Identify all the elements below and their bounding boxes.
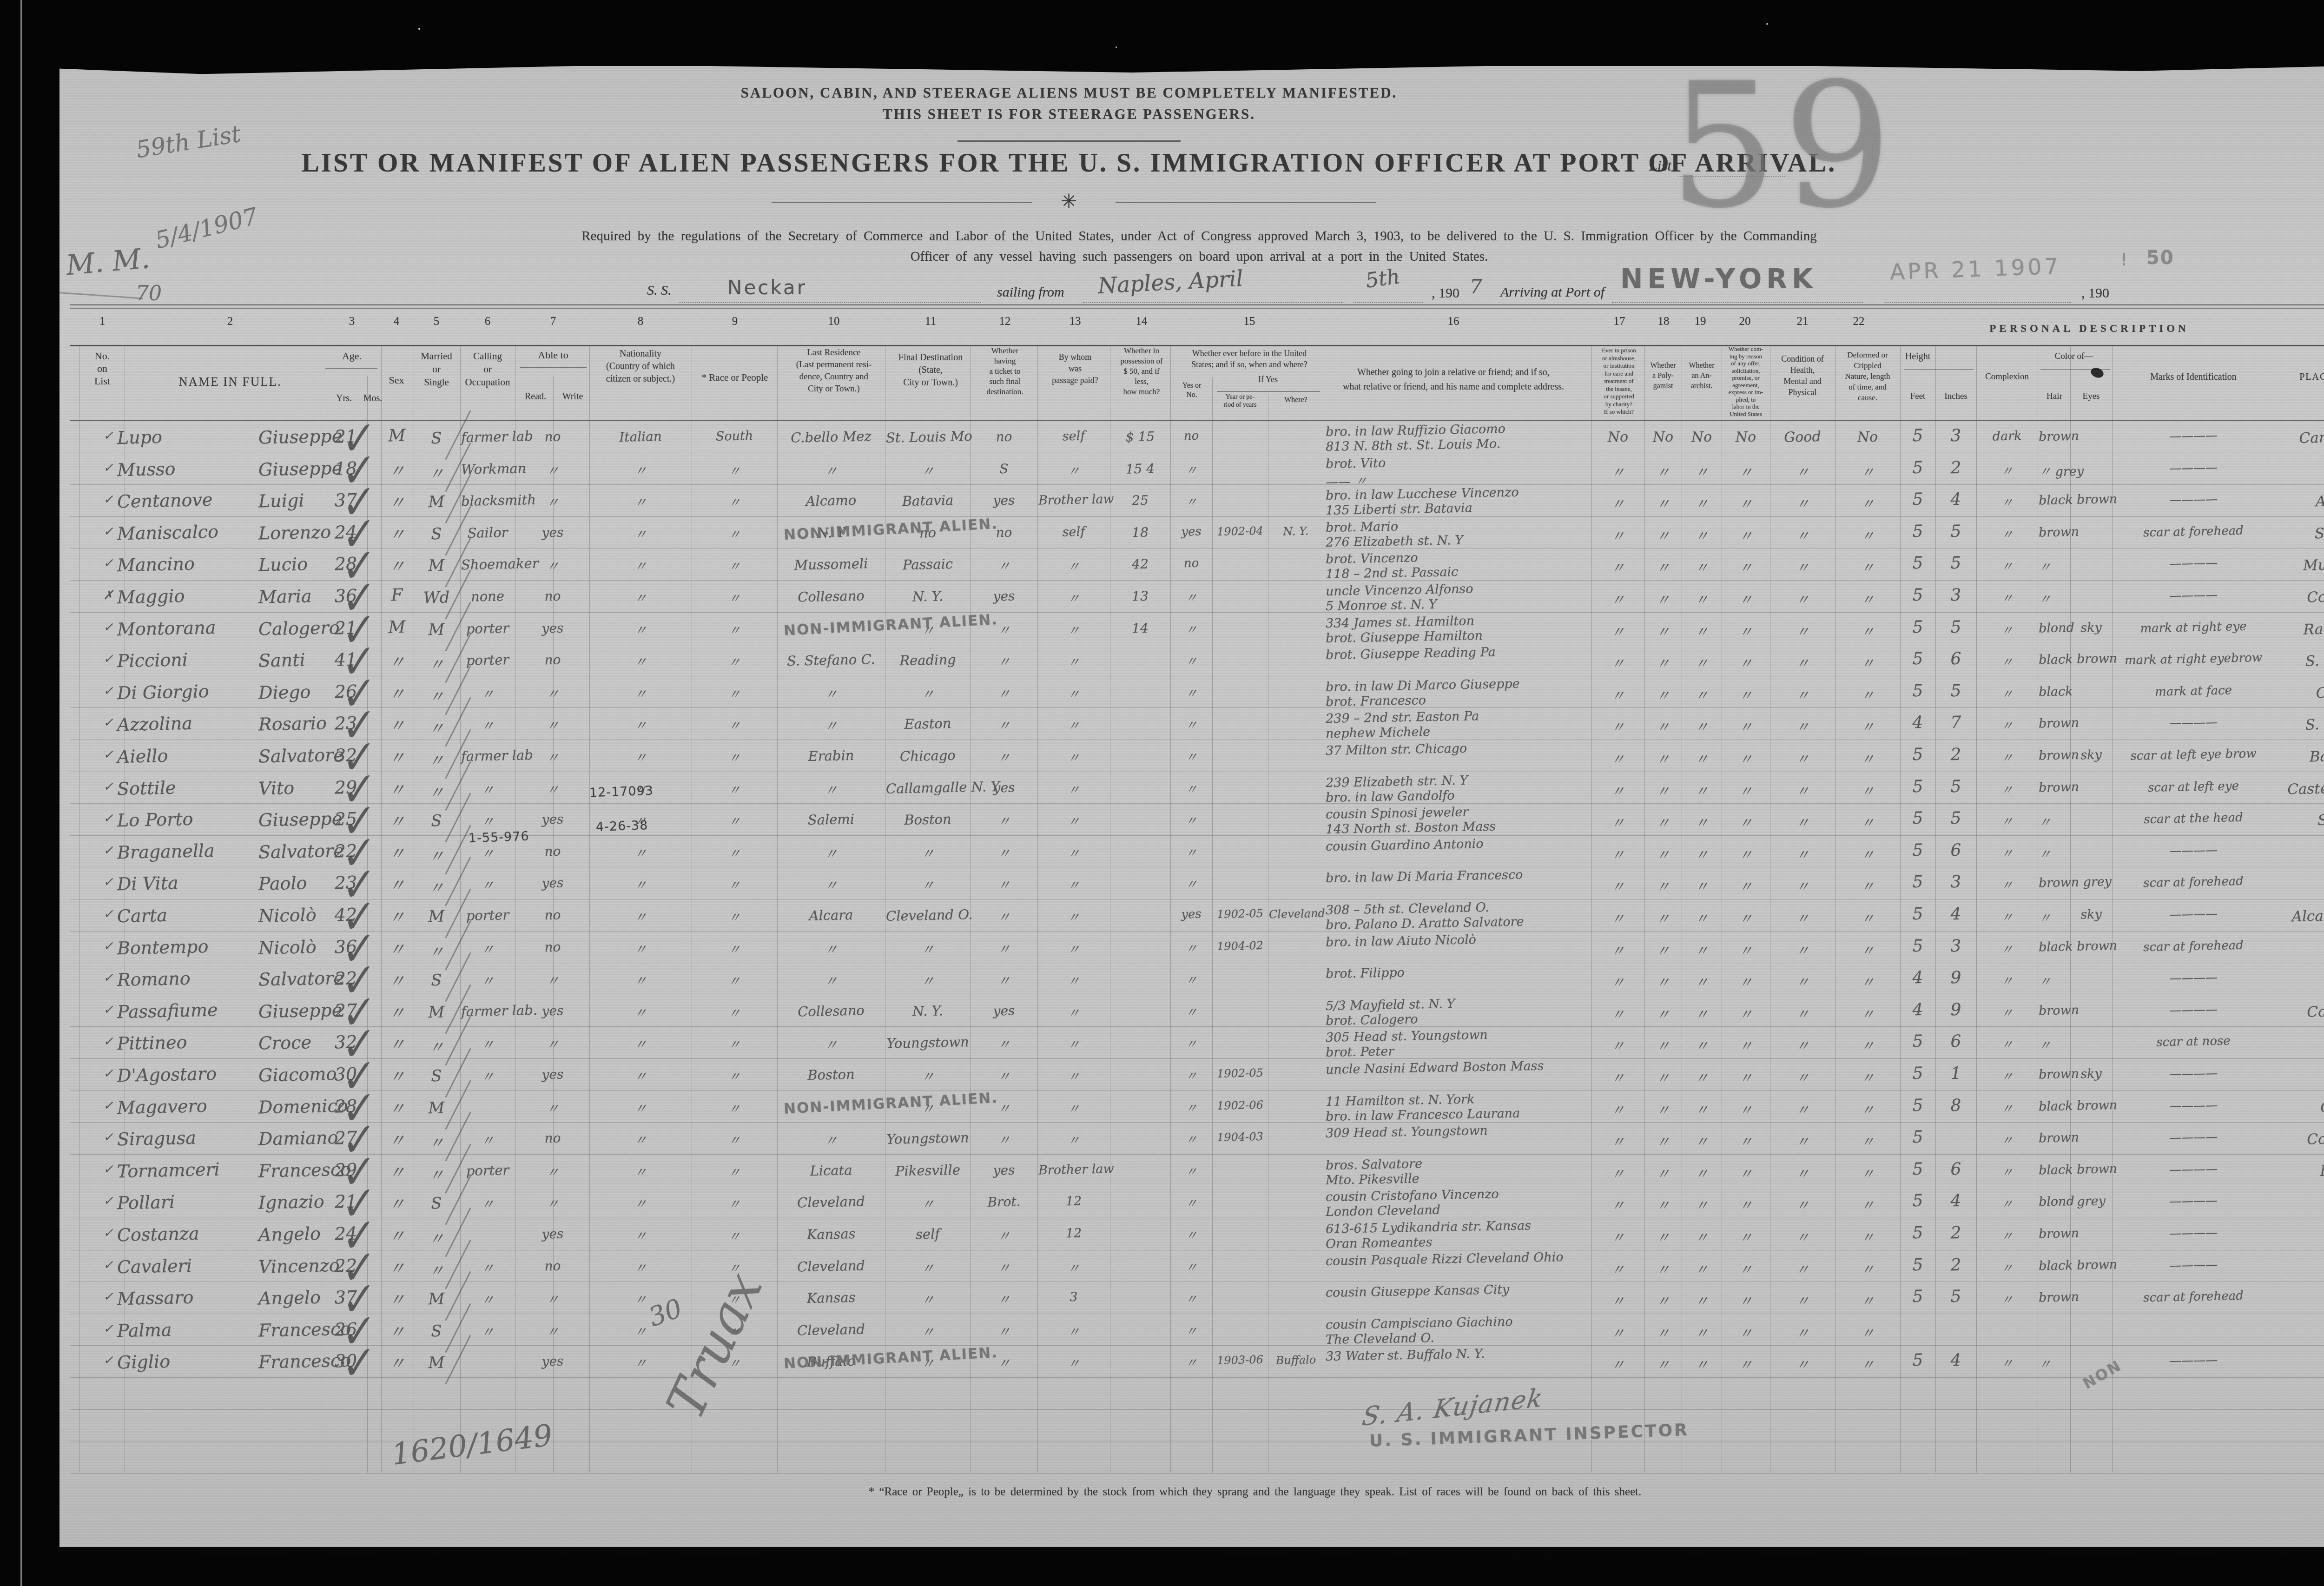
cell-hr: brown	[2039, 1130, 2109, 1146]
cell-mn: 25	[1111, 492, 1170, 509]
cell-q20: 〃	[1723, 556, 1769, 577]
cell-rs: Alcara	[778, 906, 885, 925]
cell-ds: N. Y.	[886, 588, 970, 605]
cell-chk: ✓	[100, 1194, 117, 1209]
row-line	[70, 963, 2324, 963]
cell-sur: Palma	[117, 1318, 257, 1341]
cell-ds: 〃	[886, 843, 970, 864]
title-ornament-icon: ✳	[1061, 190, 1077, 213]
cell-q17: 〃	[1592, 1289, 1644, 1311]
column-header-c12: Whether having a ticket to such final de…	[972, 346, 1038, 397]
cell-inch: 5	[1936, 617, 1976, 637]
cell-bp: Mussomeli	[2276, 555, 2324, 575]
column-header-c15b: If Yes	[1215, 375, 1321, 384]
cell-pd: 〃	[1038, 683, 1109, 703]
cell-rd: yes	[517, 1066, 589, 1083]
cell-ds: 〃	[886, 683, 970, 704]
cell-df: 〃	[1836, 1162, 1900, 1183]
column-number: 14	[1123, 315, 1160, 328]
cell-q18: 〃	[1645, 780, 1681, 801]
cell-cx: 〃	[1977, 1353, 2037, 1373]
cell-q19: 〃	[1683, 1322, 1721, 1343]
cell-sex: 〃	[381, 968, 413, 992]
cell-pd: 〃	[1038, 715, 1109, 735]
cell-b4: no	[1171, 556, 1212, 571]
cell-inch: 5	[1936, 1287, 1976, 1307]
cell-sur: Massaro	[117, 1286, 257, 1309]
sailing-year-handwritten: 7	[1470, 275, 1482, 298]
cell-q19: 〃	[1683, 1194, 1721, 1216]
cell-q20: 〃	[1723, 939, 1769, 960]
cell-chk: ✓	[100, 652, 117, 667]
cell-bp: 〃	[2276, 1321, 2324, 1344]
cell-rs: Collesano	[778, 588, 885, 606]
cell-rc: South	[693, 428, 777, 444]
cell-q20: 〃	[1723, 1003, 1769, 1024]
column-header-c18: Whether a Poly- gamist	[1644, 361, 1682, 391]
cell-ds: 〃	[886, 970, 970, 991]
cell-cx: 〃	[1977, 971, 2037, 990]
cell-q19: 〃	[1683, 1003, 1721, 1024]
cell-sex: M	[381, 617, 413, 637]
cell-q20: 〃	[1723, 1066, 1769, 1088]
cell-q19: 〃	[1683, 684, 1721, 705]
cell-hl: 〃	[1771, 715, 1835, 737]
cell-q17: 〃	[1592, 779, 1644, 800]
column-header-c8: Nationality (Country of which citizen or…	[591, 348, 690, 385]
cell-cx: 〃	[1977, 1194, 2037, 1213]
column-header-c7b: Write	[556, 391, 589, 402]
cell-cx: 〃	[1977, 1226, 2037, 1245]
year-printed: , 190	[1432, 285, 1459, 301]
cell-rd: no	[517, 1257, 589, 1274]
cell-chk: ✓	[100, 1258, 117, 1272]
column-number: 2	[211, 315, 249, 328]
column-number: 9	[716, 315, 753, 328]
cell-cx: 〃	[1977, 492, 2037, 512]
cell-rd: no	[517, 906, 589, 923]
cell-rd: yes	[517, 1353, 589, 1370]
cell-inch: 4	[1936, 1191, 1976, 1211]
column-header-c15c: Year or pe- riod of years	[1214, 393, 1266, 409]
column-header-feet: Feet	[1901, 391, 1934, 401]
cell-inch: 3	[1936, 426, 1976, 446]
column-number: 13	[1056, 315, 1094, 328]
cell-rc: 〃	[693, 1225, 777, 1245]
cell-tk: yes	[971, 1002, 1037, 1019]
cell-ft: 5	[1901, 426, 1935, 445]
cell-sur: Passafiume	[117, 999, 257, 1022]
cell-q19: 〃	[1683, 1162, 1721, 1183]
cell-ds: St. Louis Mo	[886, 428, 970, 446]
cell-q20: 〃	[1723, 907, 1769, 928]
cell-ft: 5	[1901, 649, 1935, 668]
cell-bp: 〃	[2276, 842, 2324, 866]
cell-rs: Erabin	[778, 747, 885, 765]
cell-pd: 〃	[1038, 1066, 1109, 1085]
cell-cx: 〃	[1977, 1066, 2037, 1086]
cell-chk: ✗	[100, 588, 117, 603]
cell-tk: 〃	[971, 1257, 1037, 1277]
cell-hr: brown	[2039, 1002, 2109, 1018]
cell-inch: 1	[1936, 1064, 1976, 1084]
dust-speck	[1766, 23, 1768, 25]
cell-b4: 〃	[1171, 1353, 1212, 1371]
cell-q20: 〃	[1723, 461, 1769, 482]
row-line	[70, 676, 2324, 676]
cell-hr: 〃	[2039, 811, 2109, 831]
cell-q17: 〃	[1592, 1098, 1644, 1119]
cell-sur: Magavero	[117, 1094, 257, 1117]
cell-ms: 〃	[413, 1258, 459, 1282]
cell-q17: 〃	[1592, 652, 1644, 673]
cell-cx: 〃	[1977, 1034, 2037, 1054]
column-number: 19	[1682, 315, 1719, 328]
header-subline	[1904, 369, 1974, 370]
cell-sur: Di Giorgio	[117, 680, 257, 703]
cell-ft: 5	[1901, 1287, 1935, 1306]
column-header-c16: Whether going to join a relative or frie…	[1321, 365, 1585, 394]
cell-b4y: 1902-05	[1213, 1066, 1268, 1080]
cell-chk: ✓	[100, 812, 117, 826]
cell-q18: 〃	[1645, 461, 1681, 482]
cell-cx: 〃	[1977, 747, 2037, 767]
cell-q18: 〃	[1645, 684, 1681, 705]
cell-bp: S. Stefano	[2276, 714, 2324, 734]
cell-ft: 5	[1901, 1255, 1935, 1275]
cell-q20: 〃	[1723, 1226, 1769, 1247]
column-number: 20	[1726, 315, 1763, 328]
cell-ds: 〃	[886, 875, 970, 896]
cell-hr: black brown	[2039, 492, 2109, 508]
cell-rd: 〃	[517, 779, 589, 799]
cell-q17: 〃	[1592, 875, 1644, 896]
column-header-c6: Calling or Occupation	[460, 350, 515, 389]
cell-q19: 〃	[1683, 1130, 1721, 1151]
cell-ft: 5	[1901, 745, 1935, 764]
cell-inch: 5	[1936, 777, 1976, 797]
cell-q18: 〃	[1645, 939, 1681, 960]
cell-hl: 〃	[1771, 971, 1835, 992]
cell-tk: 〃	[971, 683, 1037, 703]
cell-nt: 〃	[590, 683, 691, 704]
cell-bp: Alcara Li Fusi	[2276, 906, 2324, 925]
cell-hl: 〃	[1771, 1226, 1835, 1248]
column-header-c3b: Mos.	[358, 393, 388, 403]
cell-nt: 〃	[590, 843, 691, 864]
cell-sex: 〃	[381, 1127, 413, 1151]
cell-ds: 〃	[886, 1321, 970, 1342]
cell-b4: 〃	[1171, 1130, 1212, 1148]
cell-sur: Braganella	[117, 839, 257, 863]
cell-ft: 5	[1901, 554, 1935, 573]
cell-rs: Cleveland	[778, 1321, 885, 1339]
cell-q17: 〃	[1592, 1003, 1644, 1024]
arrival-date-line	[1885, 301, 2071, 303]
cell-q19: 〃	[1683, 588, 1721, 609]
cell-inch: 2	[1936, 745, 1976, 765]
cell-rc: 〃	[693, 1194, 777, 1214]
column-header-c9: * Race or People	[692, 372, 778, 383]
cell-chk: ✓	[100, 461, 117, 475]
cell-sur: Pittineo	[117, 1031, 257, 1054]
cell-q18: 〃	[1645, 1003, 1681, 1024]
cell-ey: sky	[2071, 747, 2112, 763]
cell-cx: 〃	[1977, 1162, 2037, 1181]
cell-rd: 〃	[517, 747, 589, 767]
cell-bp: Salemi	[2276, 810, 2324, 830]
cell-b4y: 1904-03	[1213, 1130, 1268, 1144]
cell-cx: 〃	[1977, 779, 2037, 799]
column-header-c15a: Yes or No.	[1172, 381, 1212, 400]
cell-sur: Siragusa	[117, 1126, 257, 1150]
cell-b4w: Buffalo	[1269, 1353, 1323, 1367]
cell-rc: 〃	[693, 715, 777, 735]
cell-rs: 〃	[778, 842, 885, 864]
cell-q20: 〃	[1723, 620, 1769, 641]
cell-chk: ✓	[100, 524, 117, 539]
cell-q17: 〃	[1592, 1322, 1644, 1343]
cell-q19: 〃	[1683, 492, 1721, 514]
cell-hl: 〃	[1771, 556, 1835, 578]
cell-ds: Chicago	[886, 747, 970, 765]
cell-ft: 5	[1901, 1191, 1935, 1211]
cell-b4: 〃	[1171, 1098, 1212, 1117]
cell-pd: 〃	[1038, 652, 1109, 671]
cell-b4: 〃	[1171, 747, 1212, 766]
cell-hr: 〃 grey	[2039, 460, 2109, 480]
cell-inch: 5	[1936, 681, 1976, 701]
cell-df: 〃	[1836, 907, 1900, 929]
pen-note: 4-26-38	[595, 818, 648, 834]
cell-tk: 〃	[971, 1034, 1037, 1054]
ss-label: S. S.	[647, 283, 672, 298]
cell-q18: 〃	[1645, 811, 1681, 833]
cell-sur: Mancino	[117, 552, 257, 575]
cell-ft: 5	[1901, 1032, 1935, 1051]
cell-hr: 〃	[2039, 588, 2109, 607]
cell-hl: 〃	[1771, 1257, 1835, 1279]
cell-nt: 〃	[590, 651, 691, 672]
cell-b4: 〃	[1171, 875, 1212, 893]
cell-cx: 〃	[1977, 460, 2037, 480]
cell-bp: 〃	[2276, 1065, 2324, 1089]
cell-rd: 〃	[517, 1289, 589, 1309]
cell-q20: 〃	[1723, 1034, 1769, 1056]
cell-hr: black brown	[2039, 1257, 2109, 1273]
cell-nt: 〃	[590, 747, 691, 768]
cell-pd: 〃	[1038, 843, 1109, 862]
cell-cx: 〃	[1977, 588, 2037, 608]
cell-q19: 〃	[1683, 939, 1721, 960]
cell-df: 〃	[1836, 1098, 1900, 1120]
column-number: 17	[1601, 315, 1638, 328]
cell-sex: 〃	[381, 649, 413, 673]
cell-nt: 〃	[590, 938, 691, 959]
sailing-port-line	[1083, 301, 1343, 303]
column-number: 21	[1784, 315, 1821, 328]
column-header-complexion: Complexion	[1974, 372, 2040, 382]
column-header-c14: Whether in possession of $ 50, and if le…	[1110, 346, 1173, 397]
cell-sex: 〃	[381, 1287, 413, 1311]
cell-pd: 〃	[1038, 938, 1109, 958]
cell-sex: 〃	[381, 840, 413, 865]
cell-rs: 〃	[778, 683, 885, 704]
cell-df: 〃	[1836, 875, 1900, 897]
cell-pd: 〃	[1038, 1034, 1109, 1054]
column-number: 4	[378, 315, 415, 328]
cell-rc: 〃	[693, 524, 777, 544]
cell-sex: 〃	[381, 936, 413, 960]
cell-ds: 〃	[886, 1289, 970, 1310]
cell-ft: 5	[1901, 1223, 1935, 1242]
cell-df: 〃	[1836, 1002, 1900, 1024]
column-number: 10	[815, 315, 852, 328]
list-number-label: List	[1649, 157, 1671, 174]
cell-oc: none	[461, 588, 515, 605]
cell-q19: 〃	[1683, 461, 1721, 482]
column-subline	[1212, 377, 1213, 1473]
cell-cx: 〃	[1977, 938, 2037, 958]
cell-hl: Good	[1771, 429, 1835, 446]
cell-tk: 〃	[971, 1226, 1037, 1246]
cell-df: 〃	[1836, 620, 1900, 641]
cell-rd: 〃	[517, 1321, 589, 1341]
cell-q18: 〃	[1645, 1289, 1681, 1311]
cell-ms: 〃	[413, 939, 459, 963]
cell-rc: 〃	[693, 747, 777, 767]
cell-inch: 5	[1936, 808, 1976, 828]
cell-hl: 〃	[1771, 652, 1835, 674]
cell-b4: 〃	[1171, 492, 1212, 510]
cell-chk: ✓	[100, 716, 117, 730]
cell-hr: 〃	[2039, 1034, 2109, 1054]
cell-q19: 〃	[1683, 620, 1721, 641]
cell-chk: ✓	[100, 748, 117, 762]
cell-bp: Campobello	[2276, 428, 2324, 447]
cell-q18: 〃	[1645, 588, 1681, 609]
cell-tk: 〃	[971, 1289, 1037, 1309]
title-ornament-line-right	[1116, 202, 1376, 203]
cell-ft: 5	[1901, 617, 1935, 637]
cell-rs: 〃	[778, 1130, 885, 1151]
cell-inch: 3	[1936, 585, 1976, 605]
cell-ft: 4	[1901, 713, 1935, 733]
cell-b4: yes	[1171, 907, 1212, 922]
cell-hl: 〃	[1771, 588, 1835, 610]
cell-ft: 5	[1901, 872, 1935, 892]
cell-cx: 〃	[1977, 620, 2037, 639]
cell-q17: 〃	[1592, 1066, 1644, 1088]
cell-df: 〃	[1836, 1066, 1900, 1088]
cell-rd: no	[517, 843, 589, 859]
row-line	[70, 516, 2324, 517]
cell-rs: Cleveland	[778, 1257, 885, 1275]
cell-sur: Centanove	[117, 489, 257, 512]
cell-ms: 〃	[413, 875, 459, 899]
regulation-line-1: Required by the regulations of the Secre…	[139, 229, 2259, 244]
cell-df: 〃	[1836, 492, 1900, 514]
cell-rs: C.bello Mez	[778, 428, 885, 446]
cell-chk: ✓	[100, 1226, 117, 1241]
cell-q17: 〃	[1592, 1257, 1644, 1279]
cell-rd: yes	[517, 1002, 589, 1019]
cell-q18: 〃	[1645, 843, 1681, 865]
cell-chk: ✓	[100, 493, 117, 507]
row-line	[70, 1026, 2324, 1027]
column-header-c11: Final Destination (State, City or Town.)	[888, 351, 973, 389]
row-line	[70, 1473, 2324, 1474]
cell-pd: 〃	[1038, 556, 1109, 575]
cell-q19: 〃	[1683, 1289, 1721, 1311]
cell-ms: 〃	[413, 780, 459, 803]
row-line	[70, 1377, 2324, 1378]
cell-ds: 〃	[886, 938, 970, 959]
column-line	[1110, 345, 1110, 1473]
cell-sur: Tornamceri	[117, 1158, 257, 1182]
cell-q18: 〃	[1645, 1194, 1681, 1216]
cell-ft: 5	[1901, 489, 1935, 509]
cell-ms: 〃	[413, 1226, 459, 1249]
column-number: 3	[333, 315, 370, 328]
row-line	[70, 1282, 2324, 1282]
cell-pd: 〃	[1038, 620, 1109, 639]
row-line	[70, 995, 2324, 995]
cell-ds: Reading	[886, 651, 970, 669]
cell-nt: 〃	[590, 460, 691, 481]
title-ornament-line-left	[772, 202, 1032, 203]
cell-ds: 〃	[886, 460, 970, 481]
cell-nt: Italian	[590, 428, 691, 446]
cell-inch: 6	[1936, 840, 1976, 860]
column-number: 15	[1231, 315, 1268, 328]
cell-sex: 〃	[381, 1319, 413, 1343]
cell-df: 〃	[1836, 1034, 1900, 1056]
cell-q17: 〃	[1592, 715, 1644, 737]
cell-sex: 〃	[381, 1032, 413, 1056]
column-line	[79, 345, 79, 1473]
cell-rc: 〃	[693, 588, 777, 608]
cell-q18: 〃	[1645, 524, 1681, 546]
cell-q17: 〃	[1592, 1034, 1644, 1056]
cell-q18: 〃	[1645, 556, 1681, 578]
cell-rc: 〃	[693, 651, 777, 671]
column-number: 7	[535, 315, 572, 328]
cell-sur: Sottile	[117, 775, 257, 799]
count-handwritten: 70	[136, 282, 162, 305]
cell-b4: 〃	[1171, 1226, 1212, 1244]
cell-hr: black brown	[2039, 1162, 2109, 1177]
cell-q18: 〃	[1645, 1258, 1681, 1279]
cell-inch: 3	[1936, 936, 1976, 956]
cell-b4: 〃	[1171, 1289, 1212, 1308]
cell-nt: 〃	[590, 1002, 691, 1023]
column-header-inches: Inches	[1937, 391, 1974, 401]
cell-rd: 〃	[517, 715, 589, 735]
cell-q17: 〃	[1592, 938, 1644, 960]
cell-bp: Collesano	[2276, 1129, 2324, 1149]
cell-sur: Costanza	[117, 1222, 257, 1245]
cell-rd: yes	[517, 875, 589, 892]
cell-nt: 〃	[590, 1034, 691, 1055]
cell-hr: 〃	[2039, 556, 2109, 575]
cell-tk: yes	[971, 1162, 1037, 1178]
cell-ms: 〃	[413, 715, 459, 739]
cell-ft: 5	[1901, 1127, 1935, 1147]
cell-cx: 〃	[1977, 1098, 2037, 1117]
cell-ms: 〃	[413, 1162, 459, 1186]
cell-chk: ✓	[100, 1003, 117, 1017]
